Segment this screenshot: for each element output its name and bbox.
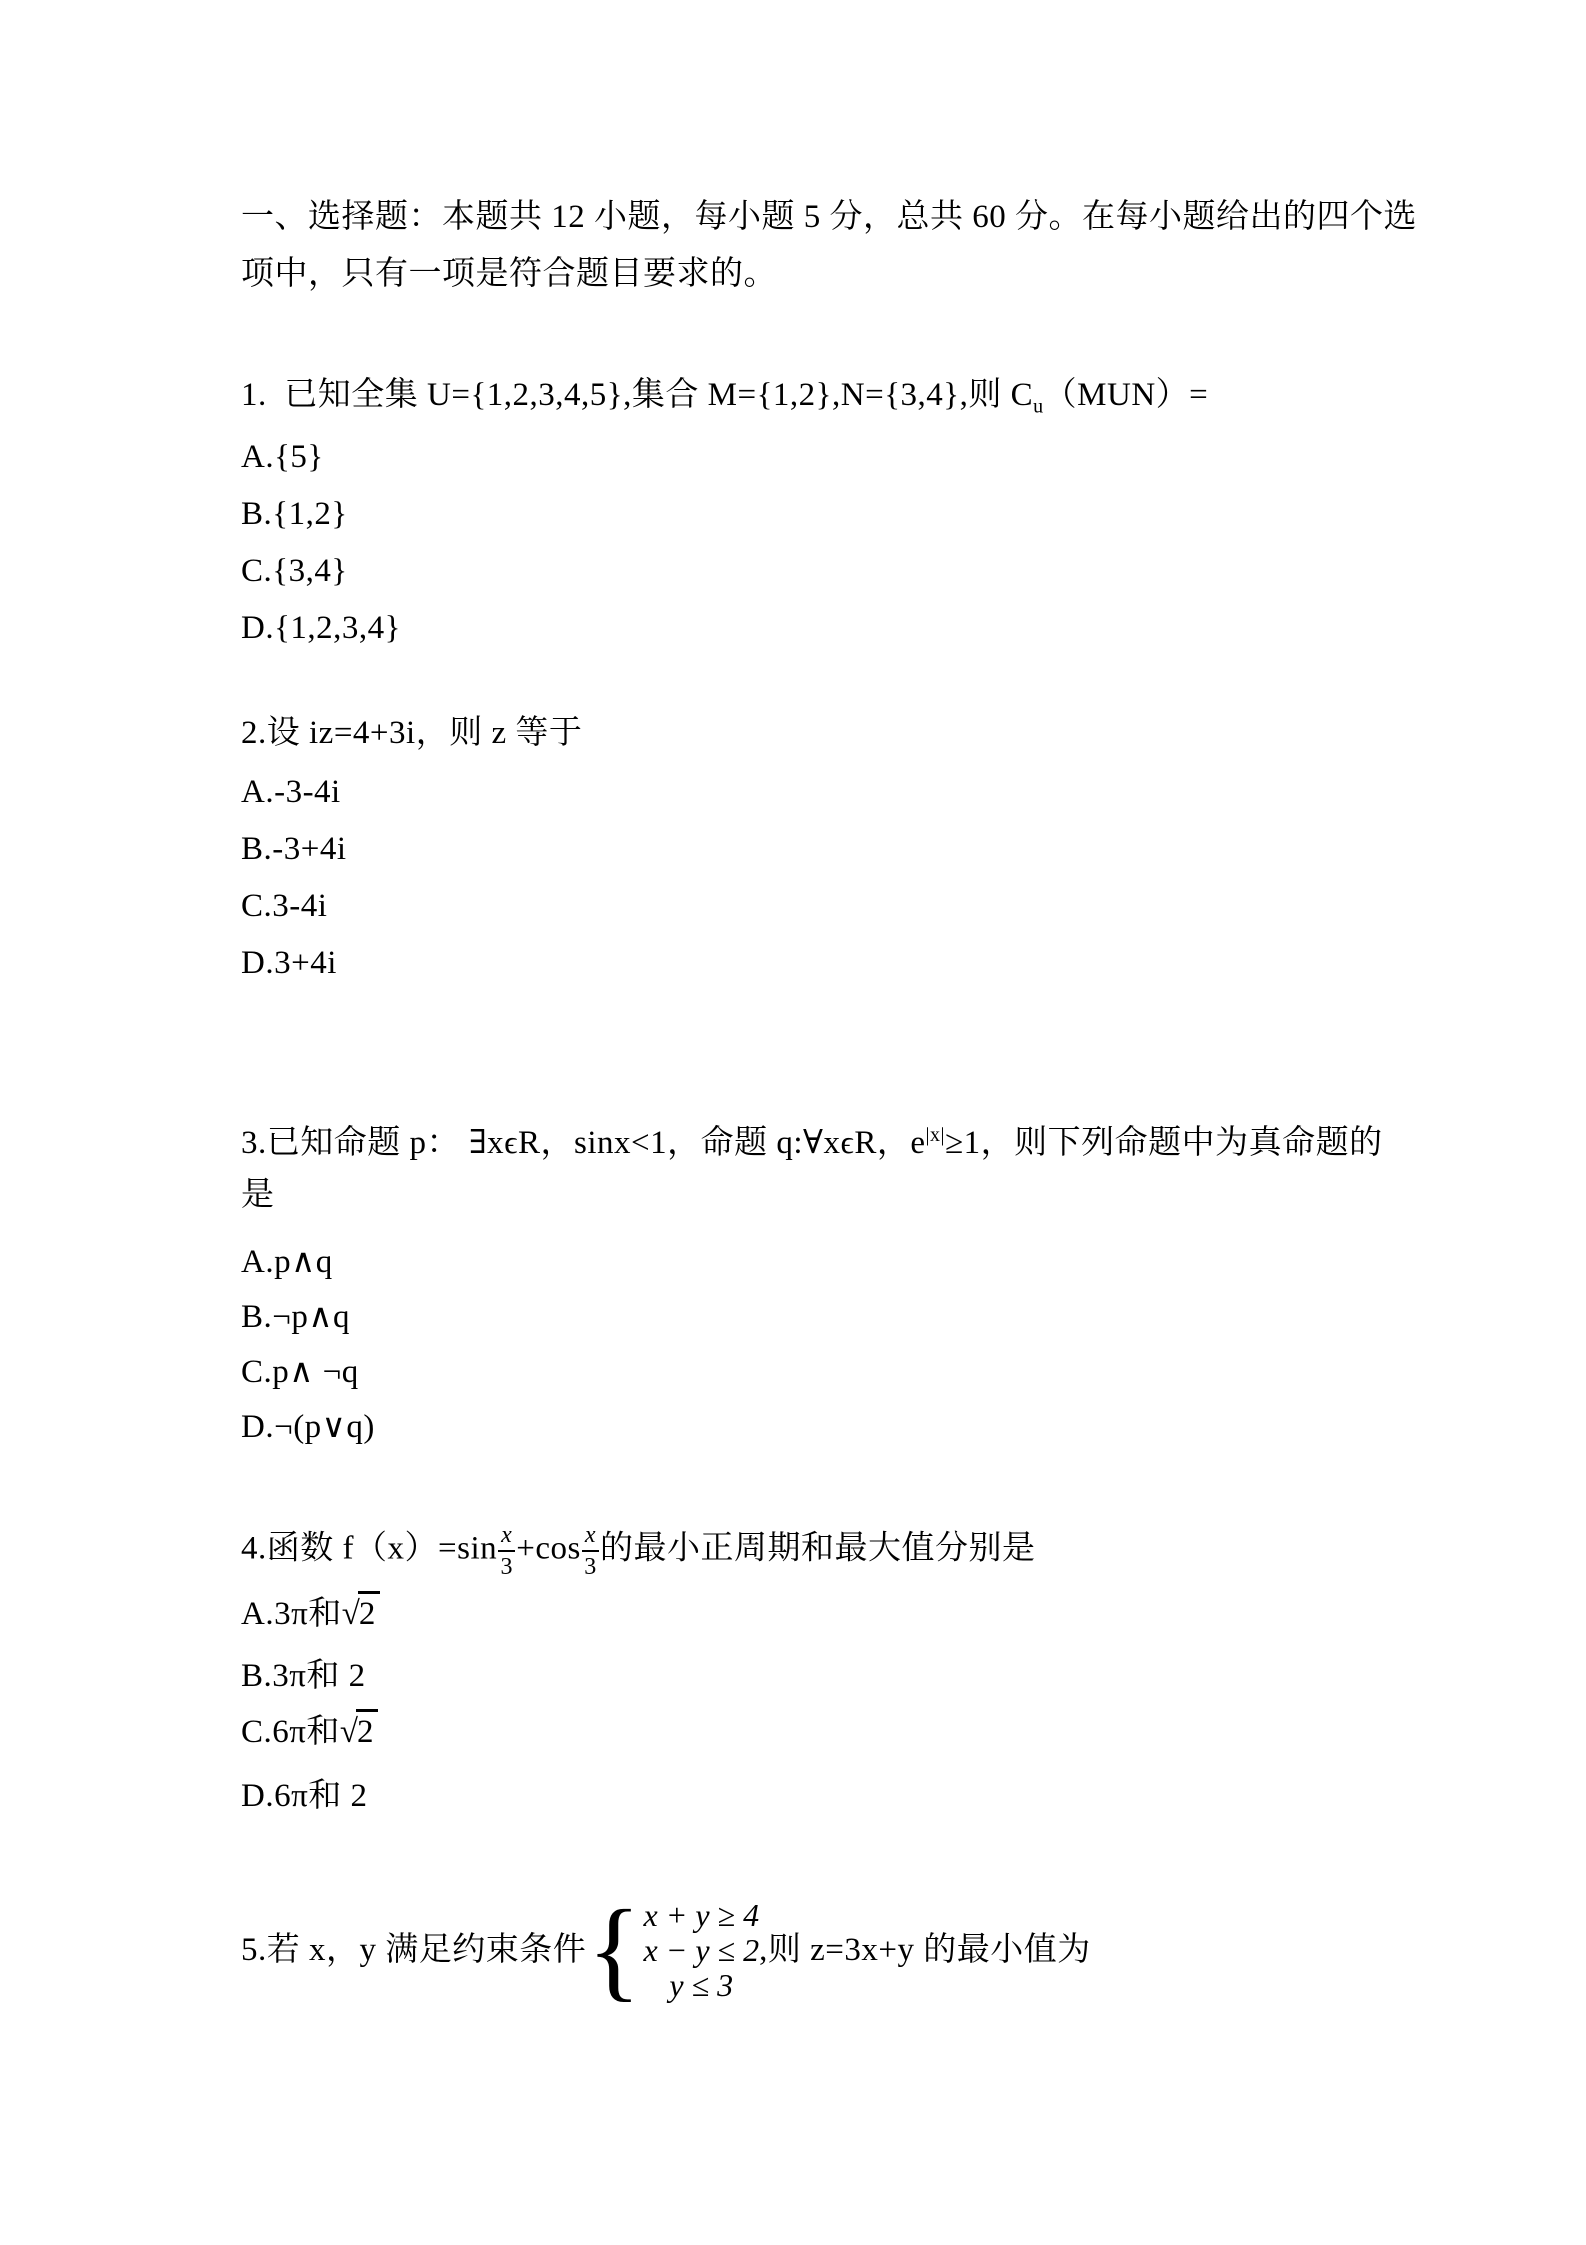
fraction-numerator: x [498,1523,515,1552]
question-1-option-c: C.{3,4} [241,551,348,591]
question-2-option-a: A.-3-4i [241,772,341,812]
constraint-3: y ≤ 3 [669,1968,733,2003]
question-2-stem: 2.设 iz=4+3i，则 z 等于 [241,713,582,753]
question-4-stem-text: 4.函数 f（x）=sin [241,1531,497,1567]
question-3-stem-line2: 是 [241,1175,275,1215]
question-4-stem-text-after: 的最小正周期和最大值分别是 [600,1531,1036,1567]
constraint-1: x + y ≥ 4 [644,1898,760,1933]
sqrt-2-radical: √2 [340,1714,378,1750]
question-1-stem-text-after: （MUN）= [1044,377,1209,413]
question-2-option-c: C.3-4i [241,886,327,926]
question-3-option-c: C.p∧ ¬q [241,1352,359,1392]
constraint-list: x + y ≥ 4x − y ≤ 2y ≤ 3 [644,1898,760,2003]
question-1-stem: 1. 已知全集 U={1,2,3,4,5},集合 M={1,2},N={3,4}… [241,375,1208,427]
exam-document-page: 一、选择题：本题共 12 小题，每小题 5 分，总共 60 分。在每小题给出的四… [0,0,1586,2245]
section-header-line2: 项中，只有一项是符合题目要求的。 [241,254,777,294]
radicand: 2 [356,1709,378,1750]
question-4-option-c: C.6π和√2 [241,1712,378,1752]
question-3-stem-text-after: ≥1，则下列命题中为真命题的 [945,1125,1383,1161]
question-3-option-d: D.¬(p∨q) [241,1407,375,1447]
question-5-stem-text-after: ,则 z=3x+y 的最小值为 [759,1930,1091,1970]
question-4-option-a: A.3π和√2 [241,1594,380,1634]
option-c-text: C.6π和 [241,1714,340,1750]
question-4-stem-text-mid: +cos [516,1531,581,1567]
fraction-numerator: x [582,1523,599,1552]
question-2-option-d: D.3+4i [241,943,337,983]
fraction-denominator: 3 [500,1552,513,1579]
fraction-denominator: 3 [584,1552,597,1579]
question-1-option-d: D.{1,2,3,4} [241,608,401,648]
question-1-option-b: B.{1,2} [241,494,348,534]
question-3-superscript-abs-x: |x| [926,1124,946,1146]
question-1-option-a: A.{5} [241,437,324,477]
question-4-stem: 4.函数 f（x）=sinx3+cosx3的最小正周期和最大值分别是 [241,1523,1036,1579]
question-4-option-d: D.6π和 2 [241,1776,368,1816]
question-3-option-a: A.p∧q [241,1242,333,1282]
question-2-option-b: B.-3+4i [241,829,347,869]
question-4-option-b: B.3π和 2 [241,1656,366,1696]
option-a-text: A.3π和 [241,1596,342,1632]
question-3-option-b: B.¬p∧q [241,1297,350,1337]
question-3-stem-line1: 3.已知命题 p： ∃xϵR，sinx<1，命题 q:∀xϵR，e|x|≥1，则… [241,1115,1383,1163]
left-brace: { [587,1895,641,2005]
radicand: 2 [358,1591,380,1632]
fraction-x-over-3: x3 [582,1523,599,1579]
section-header-line1: 一、选择题：本题共 12 小题，每小题 5 分，总共 60 分。在每小题给出的四… [241,197,1417,237]
question-5-stem: 5.若 x，y 满足约束条件{x + y ≥ 4x − y ≤ 2y ≤ 3,则… [241,1895,1091,2005]
question-3-stem-text: 3.已知命题 p： ∃xϵR，sinx<1，命题 q:∀xϵR，e [241,1125,926,1161]
fraction-x-over-3: x3 [498,1523,515,1579]
sqrt-2-radical: √2 [342,1596,380,1632]
constraint-system: {x + y ≥ 4x − y ≤ 2y ≤ 3 [586,1895,759,2005]
question-5-stem-text: 5.若 x，y 满足约束条件 [241,1930,586,1970]
question-1-subscript-u: u [1033,396,1044,418]
question-1-stem-text: 1. 已知全集 U={1,2,3,4,5},集合 M={1,2},N={3,4}… [241,377,1033,413]
constraint-2: x − y ≤ 2 [644,1933,760,1968]
